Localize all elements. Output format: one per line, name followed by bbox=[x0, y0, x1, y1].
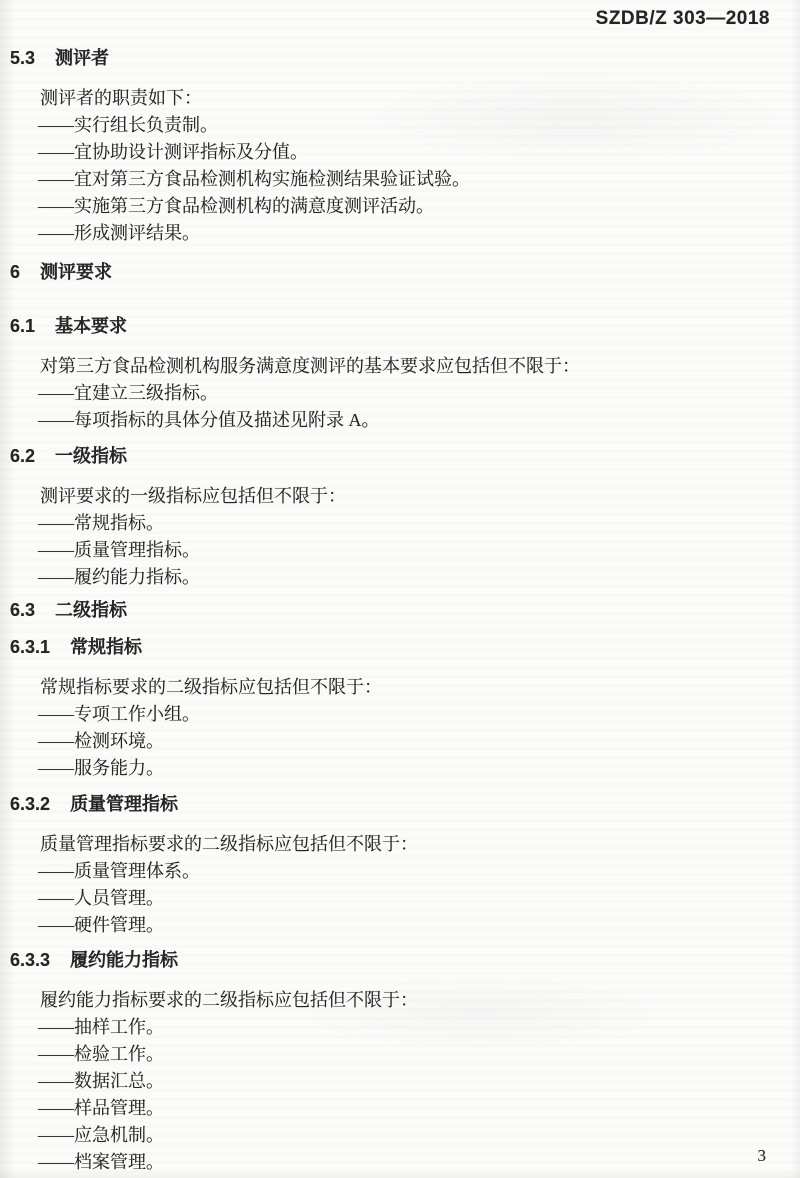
section-intro: 对第三方食品检测机构服务满意度测评的基本要求应包括但不限于： bbox=[40, 353, 800, 380]
list-item: ——档案管理。 bbox=[38, 1149, 800, 1176]
section-title: 一级指标 bbox=[55, 446, 127, 466]
section-heading: 6.1 基本要求 bbox=[10, 313, 800, 340]
section-6-3-2: 6.3.2 质量管理指标 质量管理指标要求的二级指标应包括但不限于： ——质量管… bbox=[0, 791, 800, 939]
list-item: ——常规指标。 bbox=[38, 510, 800, 537]
section-6-3-3: 6.3.3 履约能力指标 履约能力指标要求的二级指标应包括但不限于： ——抽样工… bbox=[0, 947, 800, 1176]
section-intro: 常规指标要求的二级指标应包括但不限于： bbox=[40, 674, 800, 701]
section-number: 6.3.3 bbox=[10, 947, 50, 974]
list-item: ——履约能力指标。 bbox=[38, 564, 800, 591]
section-6-3-1: 6.3.1 常规指标 常规指标要求的二级指标应包括但不限于： ——专项工作小组。… bbox=[0, 634, 800, 782]
page-number: 3 bbox=[758, 1146, 767, 1166]
document-page: SZDB/Z 303—2018 5.3 测评者 测评者的职责如下： ——实行组长… bbox=[0, 0, 800, 1178]
section-6: 6 测评要求 bbox=[0, 259, 800, 286]
section-heading: 6.3 二级指标 bbox=[10, 597, 800, 624]
section-6-3: 6.3 二级指标 bbox=[0, 597, 800, 624]
list-item: ——专项工作小组。 bbox=[38, 701, 800, 728]
list-item: ——实施第三方食品检测机构的满意度测评活动。 bbox=[38, 193, 800, 220]
section-title: 测评者 bbox=[55, 48, 109, 68]
section-heading: 6.3.1 常规指标 bbox=[10, 634, 800, 661]
section-intro: 履约能力指标要求的二级指标应包括但不限于： bbox=[40, 987, 800, 1014]
list-item: ——样品管理。 bbox=[38, 1095, 800, 1122]
section-number: 5.3 bbox=[10, 45, 35, 72]
list-item: ——服务能力。 bbox=[38, 755, 800, 782]
section-number: 6.3.2 bbox=[10, 791, 50, 818]
list-item: ——硬件管理。 bbox=[38, 912, 800, 939]
page-header: SZDB/Z 303—2018 bbox=[0, 0, 800, 31]
section-number: 6.3.1 bbox=[10, 634, 50, 661]
list-item: ——检测环境。 bbox=[38, 728, 800, 755]
section-5-3: 5.3 测评者 测评者的职责如下： ——实行组长负责制。 ——宜协助设计测评指标… bbox=[0, 45, 800, 247]
list-item: ——形成测评结果。 bbox=[38, 220, 800, 247]
list-item: ——数据汇总。 bbox=[38, 1068, 800, 1095]
section-heading: 5.3 测评者 bbox=[10, 45, 800, 72]
section-number: 6.1 bbox=[10, 313, 35, 340]
section-heading: 6.3.2 质量管理指标 bbox=[10, 791, 800, 818]
standard-number: SZDB/Z 303—2018 bbox=[596, 8, 770, 29]
section-title: 履约能力指标 bbox=[70, 950, 178, 970]
section-title: 质量管理指标 bbox=[70, 794, 178, 814]
section-heading: 6.2 一级指标 bbox=[10, 443, 800, 470]
list-item: ——实行组长负责制。 bbox=[38, 112, 800, 139]
list-item: ——人员管理。 bbox=[38, 885, 800, 912]
list-item: ——抽样工作。 bbox=[38, 1014, 800, 1041]
section-number: 6.3 bbox=[10, 597, 35, 624]
section-heading: 6.3.3 履约能力指标 bbox=[10, 947, 800, 974]
list-item: ——质量管理体系。 bbox=[38, 858, 800, 885]
section-intro: 测评要求的一级指标应包括但不限于： bbox=[40, 483, 800, 510]
section-number: 6 bbox=[10, 259, 20, 286]
section-6-2: 6.2 一级指标 测评要求的一级指标应包括但不限于： ——常规指标。 ——质量管… bbox=[0, 443, 800, 591]
section-intro: 测评者的职责如下： bbox=[40, 85, 800, 112]
section-title: 常规指标 bbox=[70, 637, 142, 657]
list-item: ——质量管理指标。 bbox=[38, 537, 800, 564]
section-6-1: 6.1 基本要求 对第三方食品检测机构服务满意度测评的基本要求应包括但不限于： … bbox=[0, 313, 800, 434]
list-item: ——应急机制。 bbox=[38, 1122, 800, 1149]
list-item: ——宜协助设计测评指标及分值。 bbox=[38, 139, 800, 166]
section-title: 基本要求 bbox=[55, 316, 127, 336]
section-intro: 质量管理指标要求的二级指标应包括但不限于： bbox=[40, 831, 800, 858]
list-item: ——检验工作。 bbox=[38, 1041, 800, 1068]
list-item: ——每项指标的具体分值及描述见附录 A。 bbox=[38, 407, 800, 434]
section-title: 测评要求 bbox=[40, 262, 112, 282]
list-item: ——宜建立三级指标。 bbox=[38, 380, 800, 407]
list-item: ——宜对第三方食品检测机构实施检测结果验证试验。 bbox=[38, 166, 800, 193]
section-number: 6.2 bbox=[10, 443, 35, 470]
section-title: 二级指标 bbox=[55, 600, 127, 620]
section-heading: 6 测评要求 bbox=[10, 259, 800, 286]
